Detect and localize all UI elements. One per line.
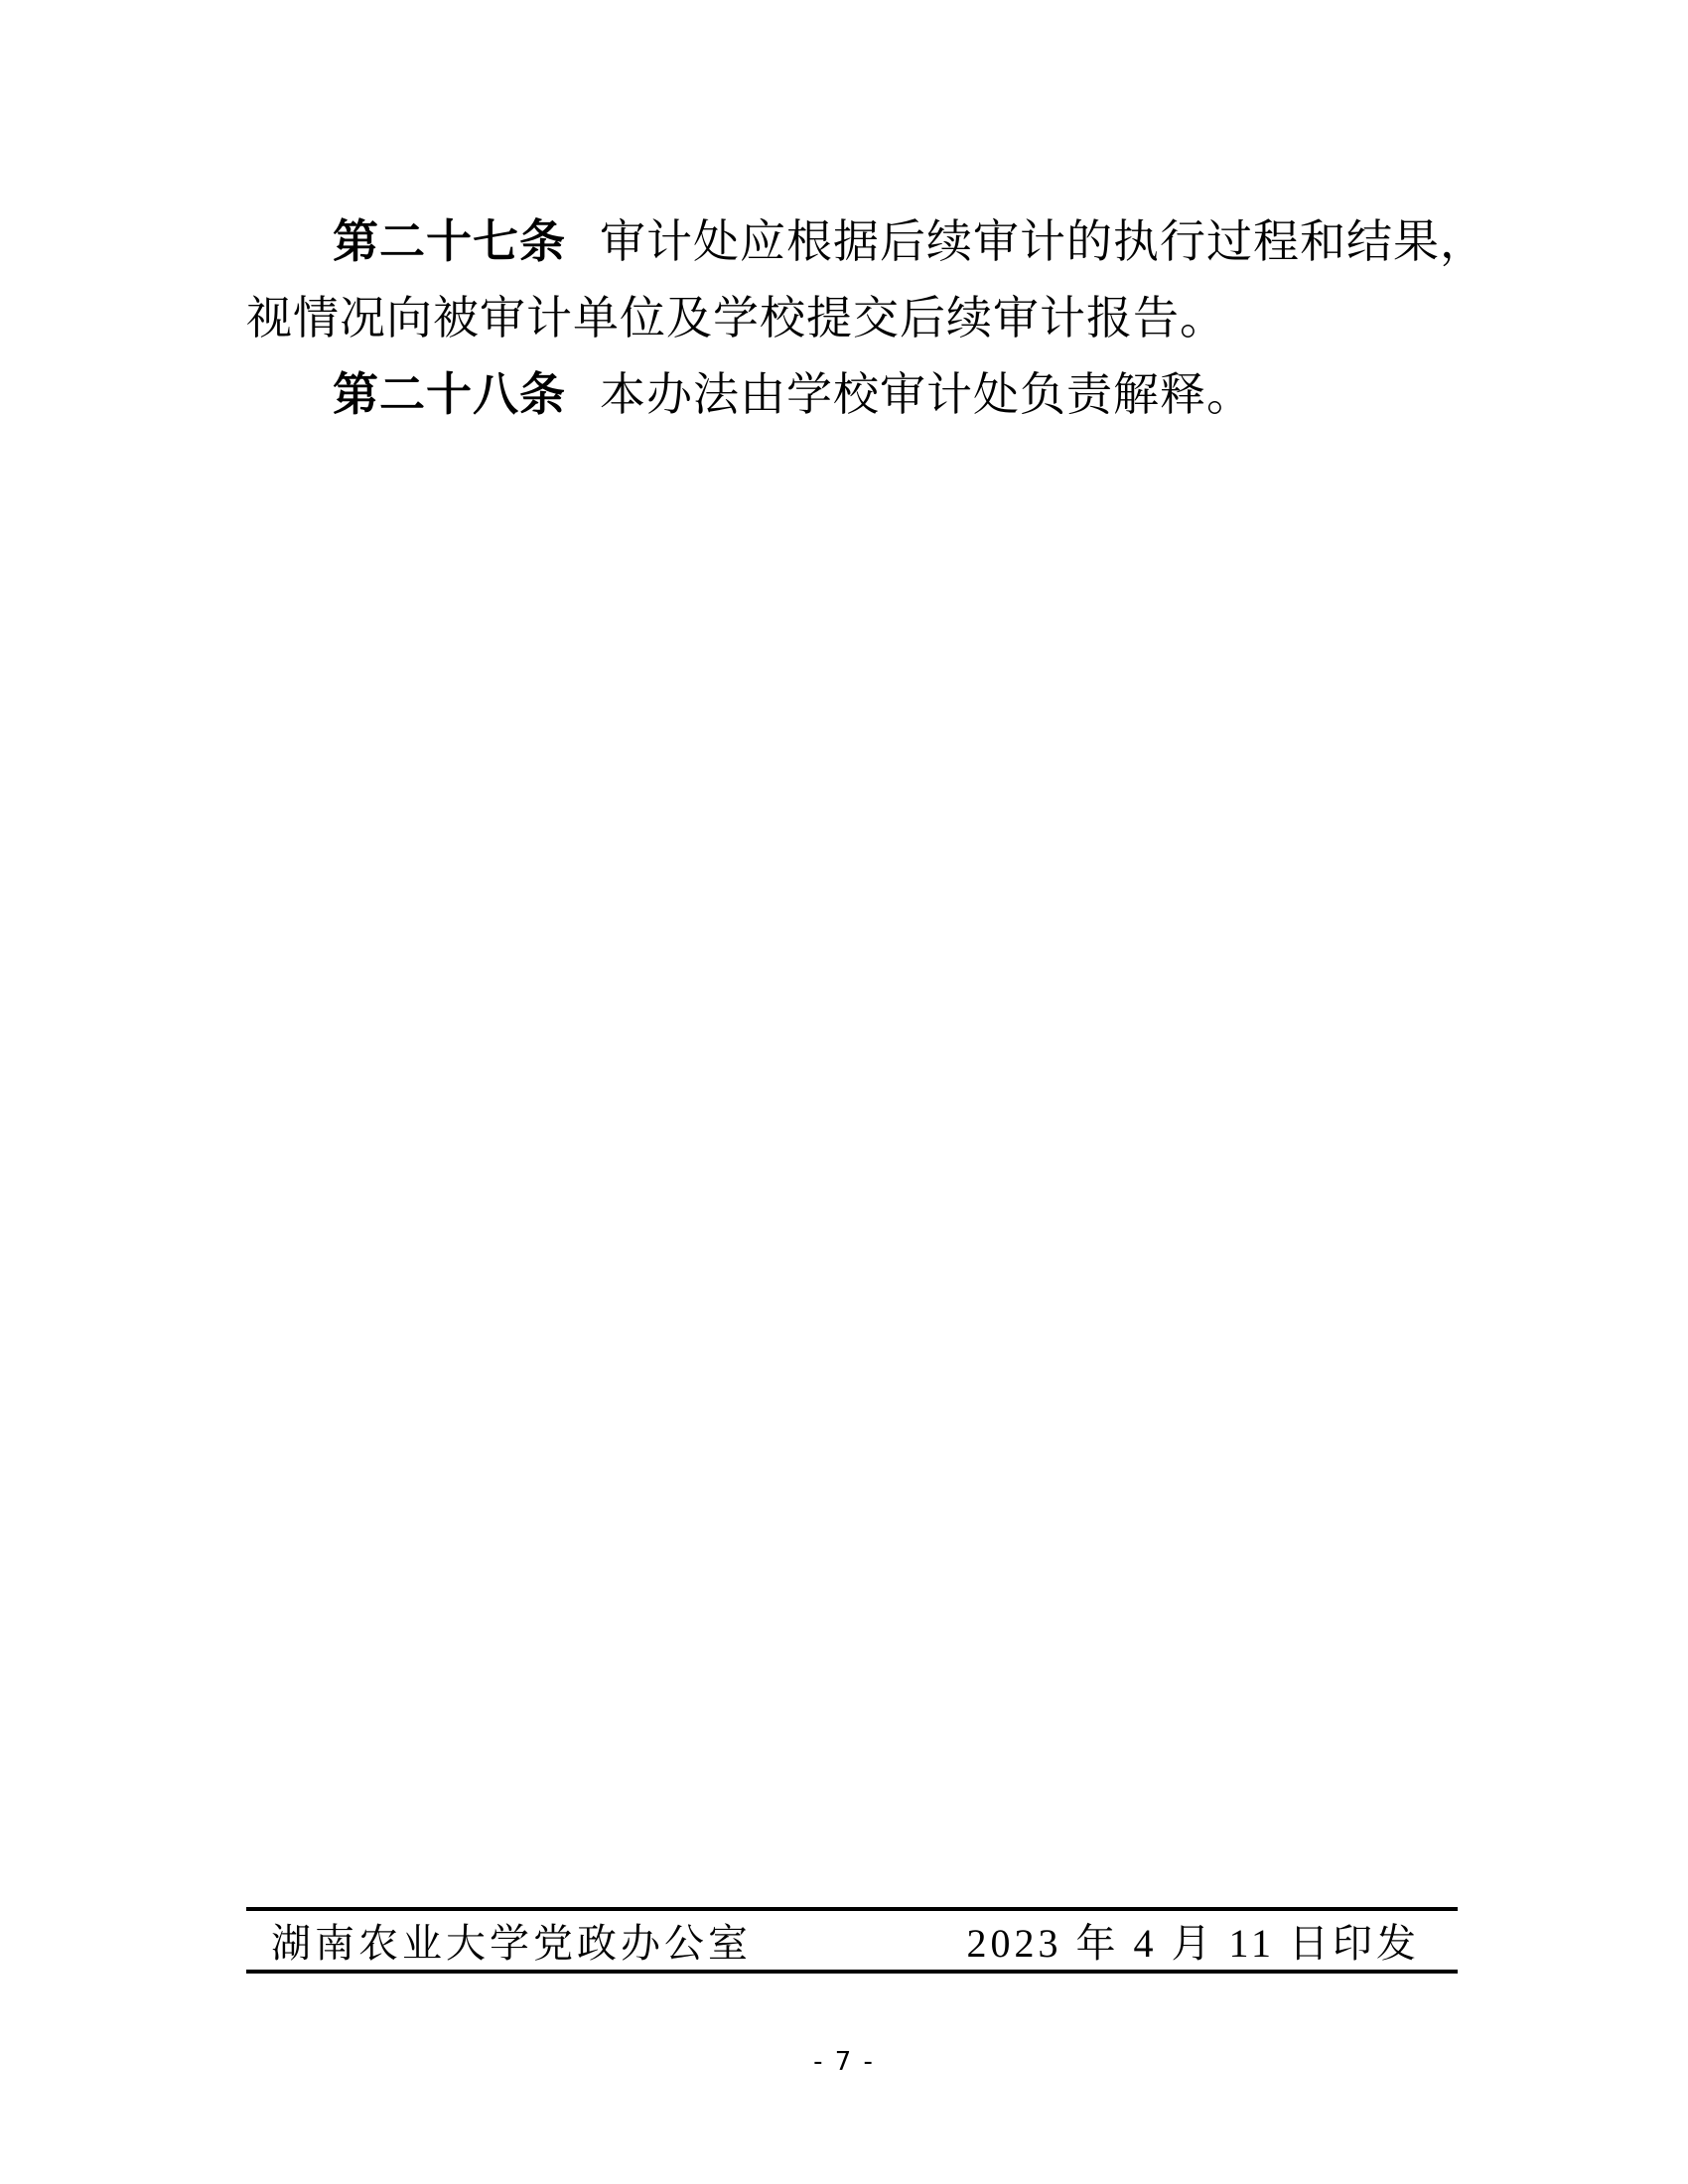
colophon-issuer: 湖南农业大学党政办公室	[271, 1912, 752, 1969]
paragraph-article-28-line: 第二十八条本办法由学校审计处负责解释。	[246, 356, 1458, 433]
page-number: - 7 -	[0, 2047, 1688, 2077]
colophon-bottom-rule	[246, 1970, 1458, 1974]
article-28-text: 本办法由学校审计处负责解释。	[600, 369, 1253, 420]
article-28-term: 第二十八条	[333, 367, 566, 421]
document-page: 第二十七条审计处应根据后续审计的执行过程和结果， 视情况向被审计单位及学校提交后…	[0, 0, 1688, 2184]
article-27-text: 审计处应根据后续审计的执行过程和结果，	[600, 216, 1486, 267]
paragraph-article-27-line-2: 视情况向被审计单位及学校提交后续审计报告。	[246, 280, 1458, 356]
colophon-row: 湖南农业大学党政办公室 2023 年 4 月 11 日印发	[246, 1911, 1458, 1970]
document-body: 第二十七条审计处应根据后续审计的执行过程和结果， 视情况向被审计单位及学校提交后…	[246, 204, 1458, 433]
colophon-print-date: 2023 年 4 月 11 日印发	[966, 1912, 1420, 1969]
article-27-text-continued: 视情况向被审计单位及学校提交后续审计报告。	[246, 293, 1226, 343]
article-27-term: 第二十七条	[333, 214, 566, 268]
colophon-footer: 湖南农业大学党政办公室 2023 年 4 月 11 日印发	[246, 1907, 1458, 1974]
paragraph-article-27-line-1: 第二十七条审计处应根据后续审计的执行过程和结果，	[246, 204, 1458, 280]
